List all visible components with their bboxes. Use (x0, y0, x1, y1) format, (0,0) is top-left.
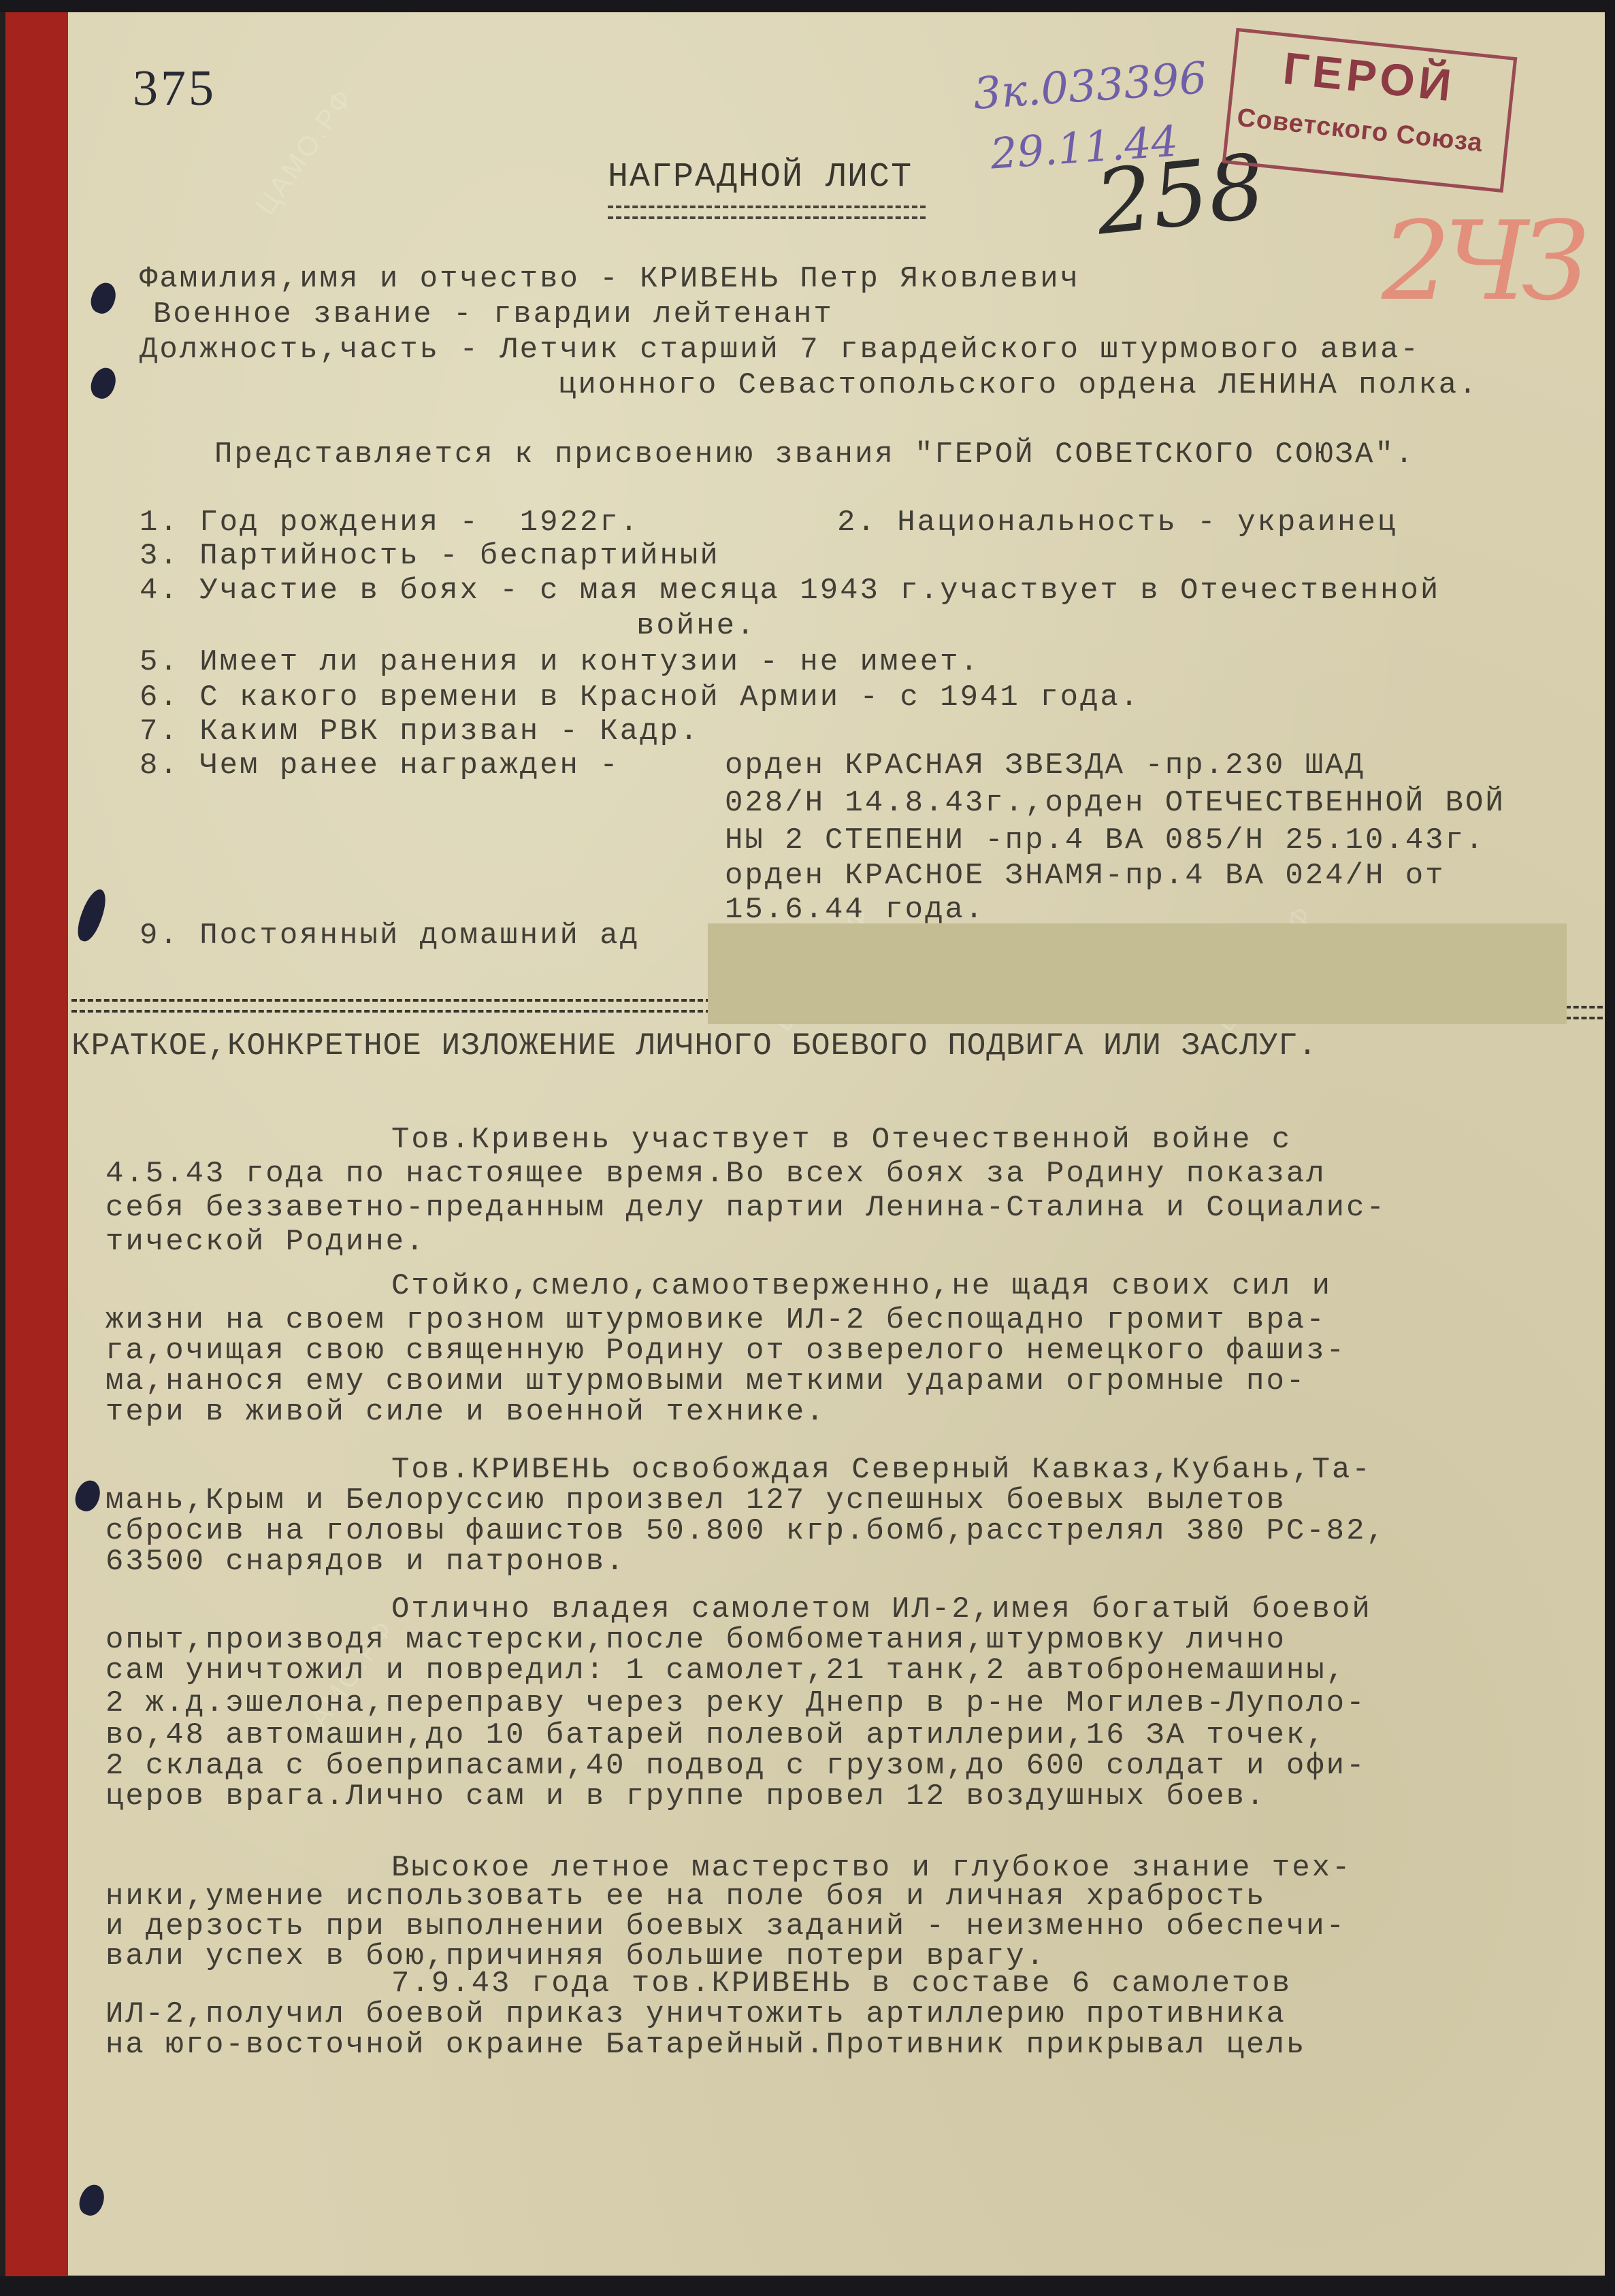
handwritten-red-mark: 2ЧЗ (1382, 197, 1582, 325)
narrative-line: тической Родине. (105, 1225, 425, 1259)
field-position-cont: ционного Севастопольского ордена ЛЕНИНА … (558, 368, 1479, 402)
narrative-line: опыт,производя мастерски,после бомбомета… (105, 1623, 1286, 1657)
item-birth-year: 1. Год рождения - 1922г. (140, 506, 640, 540)
item-party: 3. Партийность - беспартийный (140, 539, 720, 573)
stamp-line1: ГЕРОЙ (1281, 42, 1458, 112)
field-name: Фамилия,имя и отчество - КРИВЕНЬ Петр Як… (140, 262, 1080, 296)
narrative-line: 63500 снарядов и патронов. (105, 1545, 626, 1579)
narrative-line: церов врага.Лично сам и в группе провел … (105, 1780, 1266, 1814)
narrative-line: ИЛ-2,получил боевой приказ уничтожить ар… (105, 1997, 1286, 2031)
narrative-line: ма,нанося ему своими штурмовыми меткими … (105, 1364, 1306, 1398)
narrative-line: на юго-восточной окраине Батарейный.Прот… (105, 2028, 1306, 2062)
narrative-line: и дерзость при выполнении боевых заданий… (105, 1909, 1346, 1944)
narrative-line: Тов.Кривень участвует в Отечественной во… (391, 1123, 1292, 1157)
item-wounds: 5. Имеет ли ранения и контузии - не имее… (140, 645, 980, 679)
document-title: НАГРАДНОЙ ЛИСТ (608, 158, 913, 197)
item-nationality: 2. Национальность - украинец (837, 506, 1397, 540)
narrative-line: га,очищая свою священную Родину от озвер… (105, 1334, 1346, 1368)
narrative-line: ники,умение использовать ее на поле боя … (105, 1880, 1266, 1914)
awards-line: орден КРАСНАЯ ЗВЕЗДА -пр.230 ШАД (725, 749, 1365, 783)
scan-border-top (0, 0, 1615, 12)
narrative-line: 2 ж.д.эшелона,переправу через реку Днепр… (105, 1686, 1366, 1720)
field-rank: Военное звание - гвардии лейтенант (153, 297, 834, 331)
section-separator (71, 999, 711, 1013)
field-position: Должность,часть - Летчик старший 7 гвард… (140, 333, 1420, 367)
awards-line: 028/Н 14.8.43г.,орден ОТЕЧЕСТВЕННОЙ ВОЙ (725, 786, 1505, 820)
awards-line: 15.6.44 года. (725, 893, 985, 927)
item-drafted: 7. Каким РВК призван - Кадр. (140, 715, 700, 749)
nomination-line: Представляется к присвоению звания "ГЕРО… (214, 438, 1415, 472)
narrative-line: тери в живой силе и военной технике. (105, 1395, 826, 1429)
narrative-line: Отлично владея самолетом ИЛ-2,имея богат… (391, 1592, 1372, 1626)
narrative-line: сам уничтожил и повредил: 1 самолет,21 т… (105, 1654, 1346, 1688)
narrative-line: 7.9.43 года тов.КРИВЕНЬ в составе 6 само… (391, 1967, 1292, 2001)
item-home-address: 9. Постоянный домашний ад (140, 919, 640, 953)
narrative-line: 4.5.43 года по настоящее время.Во всех б… (105, 1157, 1326, 1191)
item-combat-cont: войне. (636, 609, 756, 643)
scan-border-right (1605, 0, 1615, 2296)
stamp-line2: Советского Союза (1236, 103, 1484, 159)
scan-border-bottom (0, 2276, 1615, 2296)
item-awards: 8. Чем ранее награжден - (140, 749, 620, 783)
narrative-line: сбросив на головы фашистов 50.800 кгр.бо… (105, 1514, 1386, 1548)
awards-line: орден КРАСНОЕ ЗНАМЯ-пр.4 ВА 024/Н от (725, 859, 1446, 893)
binding-edge (0, 0, 5, 2296)
awards-line: НЫ 2 СТЕПЕНИ -пр.4 ВА 085/Н 25.10.43г. (725, 823, 1485, 857)
narrative-line: 2 склада с боеприпасами,40 подвод с груз… (105, 1749, 1366, 1783)
narrative-line: жизни на своем грозном штурмовике ИЛ-2 б… (105, 1303, 1326, 1337)
section-separator (1565, 1006, 1603, 1019)
narrative-line: мань,Крым и Белоруссию произвел 127 успе… (105, 1483, 1286, 1518)
item-combat: 4. Участие в боях - с мая месяца 1943 г.… (140, 574, 1440, 608)
narrative-line: Тов.КРИВЕНЬ освобождая Северный Кавказ,К… (391, 1453, 1372, 1487)
binding-stripe (0, 0, 68, 2296)
narrative-line: во,48 автомашин,до 10 батарей полевой ар… (105, 1718, 1326, 1752)
title-underline (608, 206, 926, 219)
narrative-line: себя беззаветно-преданным делу партии Ле… (105, 1191, 1386, 1225)
narrative-line: Стойко,смело,самоотверженно,не щадя свои… (391, 1269, 1332, 1303)
page-number: 375 (133, 60, 216, 118)
redaction-box (708, 923, 1567, 1024)
section-heading: КРАТКОЕ,КОНКРЕТНОЕ ИЗЛОЖЕНИЕ ЛИЧНОГО БОЕ… (71, 1029, 1318, 1063)
item-army-since: 6. С какого времени в Красной Армии - с … (140, 680, 1140, 715)
